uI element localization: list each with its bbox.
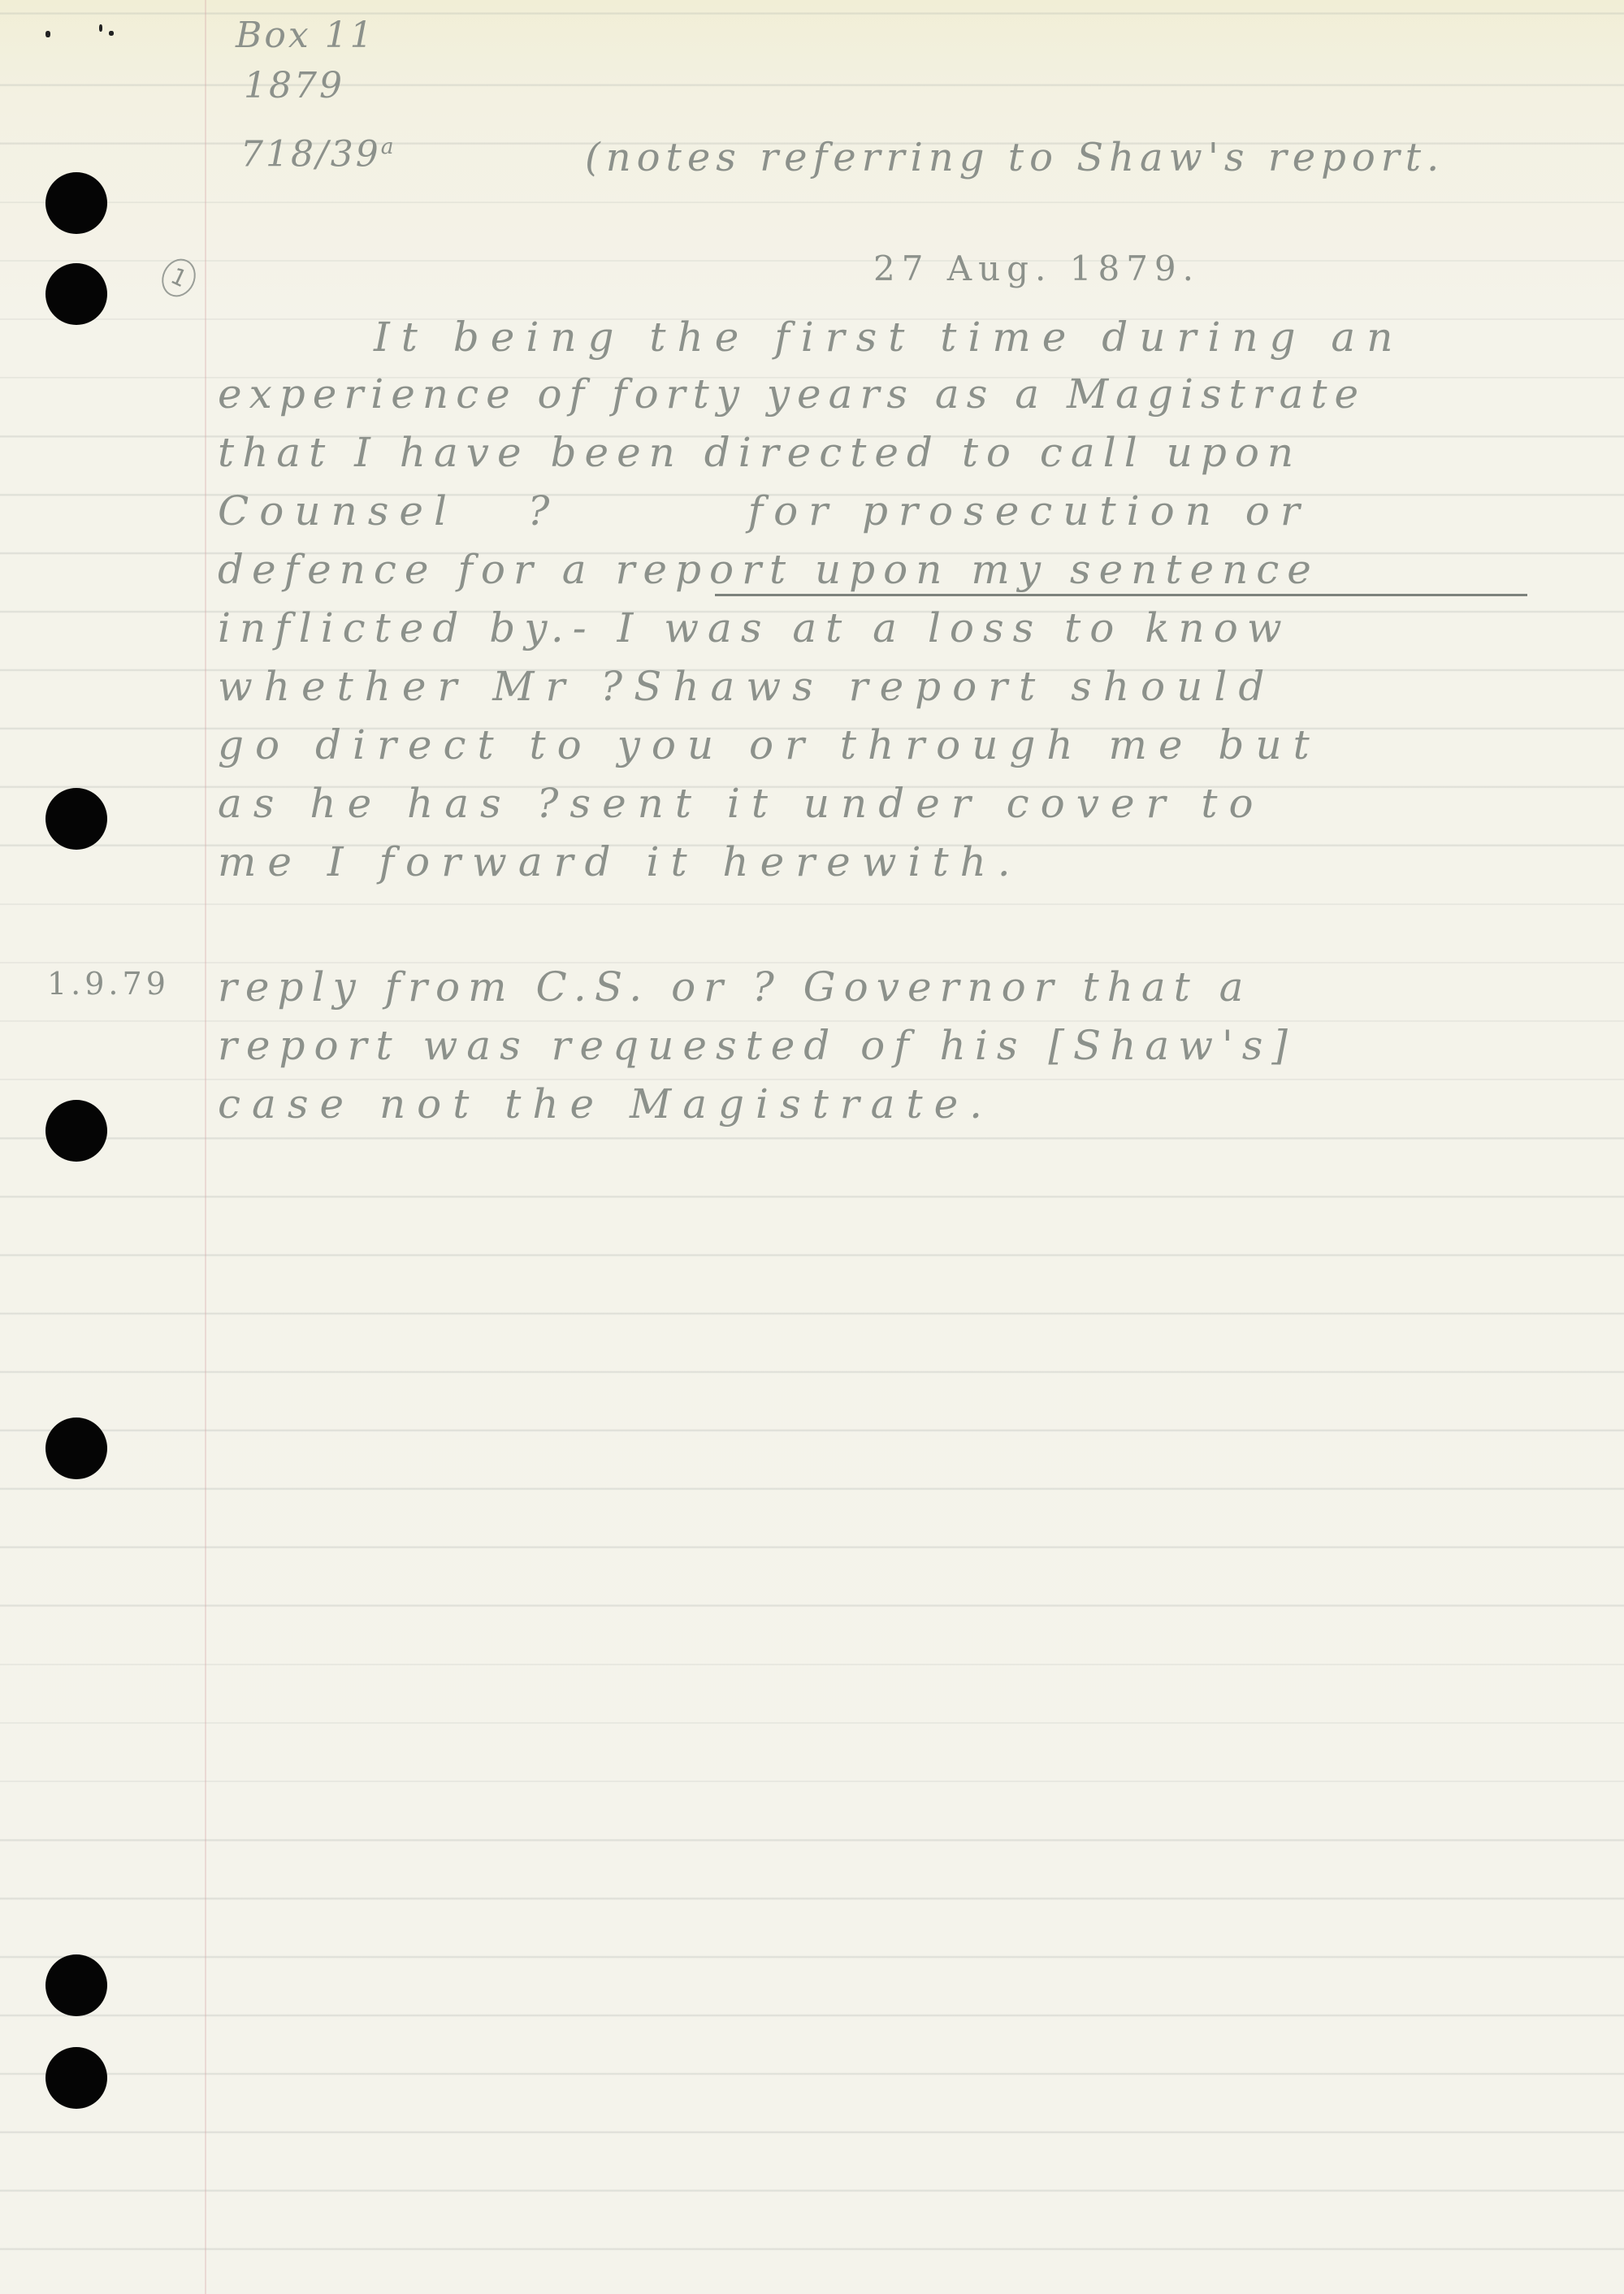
entry-1-line: me I forward it herewith. <box>218 842 1022 882</box>
entry-2-date: 1.9.79 <box>47 968 170 999</box>
entry-1-date: 27 Aug. 1879. <box>873 252 1200 286</box>
entry-2-line: report was requested of his [Shaw's] <box>218 1025 1297 1066</box>
entry-1-line: It being the first time during an <box>374 317 1404 357</box>
header-description: (notes referring to Shaw's report. <box>585 138 1444 177</box>
entry-1-line: inflicted by.- I was at a loss to know <box>218 608 1291 648</box>
entry-1-line: that I have been directed to call upon <box>218 432 1301 473</box>
entry-2-line: case not the Magistrate. <box>218 1084 994 1124</box>
ink-speck <box>99 24 102 32</box>
ink-speck <box>45 31 50 37</box>
punch-hole <box>45 1418 107 1479</box>
ink-speck <box>109 31 114 36</box>
reference-number: 718/39a <box>240 136 396 173</box>
entry-1-line: defence for a report upon my sentence <box>218 549 1319 590</box>
reference-suffix: a <box>381 134 396 159</box>
punch-hole <box>45 172 107 234</box>
entry-1-line: experience of forty years as a Magistrat… <box>218 374 1366 414</box>
entry-1-line: Counsel ? for prosecution or <box>218 491 1310 531</box>
punch-hole <box>45 1100 107 1162</box>
year-label: 1879 <box>244 68 344 104</box>
entry-1-line: whether Mr ?Shaws report should <box>218 666 1275 707</box>
report-underline <box>715 594 1527 596</box>
punch-hole <box>45 2047 107 2109</box>
punch-hole <box>45 263 107 325</box>
margin-line <box>205 0 206 2294</box>
punch-hole <box>45 1954 107 2016</box>
reference-main: 718/39 <box>240 134 381 175</box>
entry-1-line: go direct to you or through me but <box>218 725 1321 765</box>
box-label: Box 11 <box>236 18 375 54</box>
entry-1-line: as he has ?sent it under cover to <box>218 783 1265 824</box>
entry-2-line: reply from C.S. or ? Governor that a <box>218 967 1251 1007</box>
punch-hole <box>45 788 107 850</box>
